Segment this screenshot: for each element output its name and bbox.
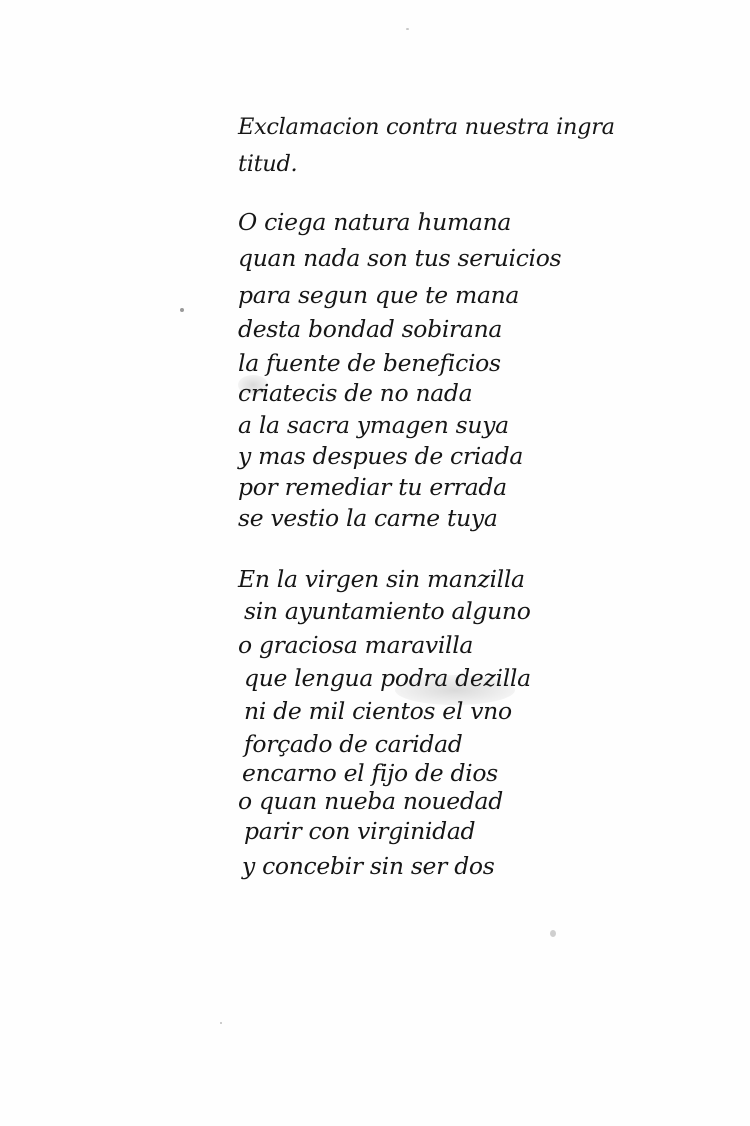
verse-line: la fuente de beneficios (238, 350, 501, 378)
verse-line: encarno el fijo de dios (242, 760, 498, 788)
verse-line: quan nada son tus seruicios (238, 245, 561, 273)
verse-line: por remediar tu errada (238, 474, 507, 502)
verse-line: y concebir sin ser dos (242, 853, 494, 881)
page-speck (180, 308, 184, 312)
heading-line: titud. (238, 151, 297, 179)
verse-line: o graciosa maravilla (238, 632, 473, 660)
verse-line: o quan nueba nouedad (238, 788, 503, 816)
verse-line: para segun que te mana (238, 282, 519, 310)
verse-line: forçado de caridad (244, 731, 462, 759)
verse-line: y mas despues de criada (238, 443, 523, 471)
verse-line: criatecis de no nada (238, 380, 472, 408)
verse-line: que lengua podra dezilla (244, 665, 531, 693)
manuscript-page: Exclamacion contra nuestra ingra titud. … (0, 0, 750, 1126)
verse-line: se vestio la carne tuya (238, 505, 498, 533)
page-speck (550, 930, 556, 937)
verse-line: En la virgen sin manzilla (238, 566, 525, 594)
page-speck (406, 28, 409, 30)
verse-line: desta bondad sobirana (238, 316, 502, 344)
verse-line: sin ayuntamiento alguno (244, 598, 531, 626)
verse-line: O ciega natura humana (238, 209, 511, 237)
verse-line: a la sacra ymagen suya (238, 412, 509, 440)
verse-line: parir con virginidad (244, 818, 475, 846)
verse-line: ni de mil cientos el vno (244, 698, 512, 726)
heading-line: Exclamacion contra nuestra ingra (238, 114, 615, 142)
page-speck (220, 1022, 222, 1024)
